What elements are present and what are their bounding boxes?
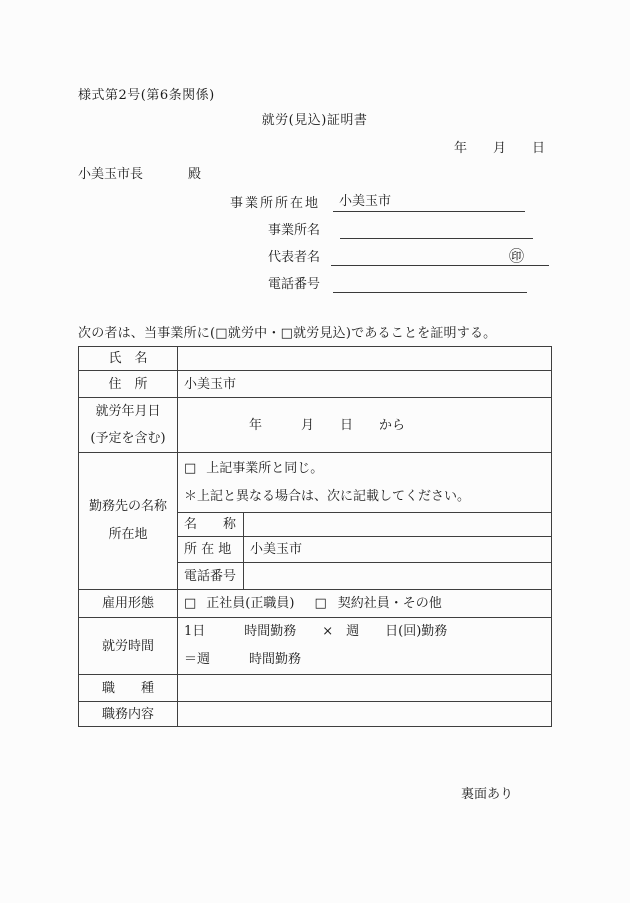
work-hours-line1: 1日 時間勤務 × 週 日(回)勤務 (184, 618, 545, 646)
document-page: 様式第2号(第6条関係) 就労(見込)証明書 年 月 日 小美玉市長殿 事業所所… (0, 0, 630, 903)
sub-name-value (244, 513, 552, 537)
business-address-value: 小美玉市 (333, 195, 391, 208)
business-name-label: 事業所名 (78, 224, 320, 237)
work-hours-line2: ＝週 時間勤務 (184, 646, 545, 674)
checkbox-expected-working-icon[interactable]: □ (281, 327, 293, 340)
field-row-representative: 代表者名 ㊞ (0, 251, 630, 271)
phone-label: 電話番号 (78, 278, 320, 291)
certify-prefix: 次の者は、当事業所に( (78, 326, 215, 341)
start-date-row-label: 就労年月日 (予定を含む) (79, 398, 178, 453)
workplace-same-line: □上記事業所と同じ。 (184, 455, 545, 483)
name-row-label: 氏 名 (79, 347, 178, 371)
workplace-row-label: 勤務先の名称 所在地 (79, 453, 178, 590)
checkbox-contract-icon[interactable]: □ (314, 597, 326, 610)
business-address-label: 事業所所在地 (78, 197, 320, 210)
job-type-value (178, 675, 552, 702)
employment-certificate-table: 氏 名 住 所 小美玉市 就労年月日 (予定を含む) 年 月 日 から 勤務先の… (78, 346, 552, 727)
business-name-underline (340, 222, 533, 239)
sub-address-value: 小美玉市 (244, 537, 552, 563)
workplace-same-label: 上記事業所と同じ。 (206, 461, 323, 476)
representative-label: 代表者名 (78, 251, 320, 264)
work-hours-cell: 1日 時間勤務 × 週 日(回)勤務 ＝週 時間勤務 (178, 618, 552, 675)
employment-type-options: □正社員(正職員)□契約社員・その他 (178, 590, 552, 618)
checkbox-currently-working-icon[interactable]: □ (215, 327, 227, 340)
table-row: 雇用形態 □正社員(正職員)□契約社員・その他 (79, 590, 552, 618)
certify-sentence: 次の者は、当事業所に(□就労中・□就労見込)であることを証明する。 (78, 327, 496, 340)
form-number: 様式第2号(第6条関係) (78, 89, 215, 102)
checkbox-fulltime-icon[interactable]: □ (184, 597, 196, 610)
start-date-label-line1: 就労年月日 (85, 398, 171, 425)
sub-name-label: 名 称 (178, 513, 244, 537)
table-row: 職務内容 (79, 702, 552, 727)
back-side-note: 裏面あり (461, 788, 513, 801)
checkbox-same-as-above-icon[interactable]: □ (184, 455, 196, 483)
addressee-name: 小美玉市長 (78, 167, 143, 182)
seal-stamp-icon: ㊞ (509, 249, 524, 264)
certify-separator: ・ (267, 326, 280, 341)
name-row-value (178, 347, 552, 371)
representative-underline: ㊞ (331, 249, 549, 266)
workplace-label-line1: 勤務先の名称 (85, 493, 171, 521)
page-title: 就労(見込)証明書 (78, 114, 551, 127)
address-row-label: 住 所 (79, 371, 178, 398)
field-row-business-name: 事業所名 (0, 224, 630, 244)
field-row-phone: 電話番号 (0, 278, 630, 298)
table-row: 氏 名 (79, 347, 552, 371)
sub-phone-value (244, 563, 552, 590)
field-row-business-address: 事業所所在地 小美玉市 (0, 197, 630, 217)
table-row: 就労時間 1日 時間勤務 × 週 日(回)勤務 ＝週 時間勤務 (79, 618, 552, 675)
work-hours-label: 就労時間 (79, 618, 178, 675)
start-date-row-value: 年 月 日 から (178, 398, 552, 453)
address-row-value: 小美玉市 (178, 371, 552, 398)
sub-phone-label: 電話番号 (178, 563, 244, 590)
sub-address-label: 所 在 地 (178, 537, 244, 563)
table-row: 勤務先の名称 所在地 □上記事業所と同じ。 ＊上記と異なる場合は、次に記載してく… (79, 453, 552, 513)
workplace-note-line: ＊上記と異なる場合は、次に記載してください。 (184, 483, 545, 511)
employment-option-fulltime: 正社員(正職員) (206, 596, 294, 611)
certify-option-working: 就労中 (228, 326, 268, 341)
duty-label: 職務内容 (79, 702, 178, 727)
business-address-underline: 小美玉市 (333, 195, 525, 212)
addressee-honorific: 殿 (188, 167, 201, 182)
workplace-label-line2: 所在地 (85, 521, 171, 549)
job-type-label: 職 種 (79, 675, 178, 702)
certify-option-expected: 就労見込 (293, 326, 346, 341)
duty-value (178, 702, 552, 727)
date-line: 年 月 日 (78, 142, 545, 155)
addressee-line: 小美玉市長殿 (78, 168, 201, 181)
workplace-options-cell: □上記事業所と同じ。 ＊上記と異なる場合は、次に記載してください。 (178, 453, 552, 513)
employment-type-label: 雇用形態 (79, 590, 178, 618)
employment-option-contract: 契約社員・その他 (338, 596, 442, 611)
table-row: 職 種 (79, 675, 552, 702)
table-row: 住 所 小美玉市 (79, 371, 552, 398)
table-row: 就労年月日 (予定を含む) 年 月 日 から (79, 398, 552, 453)
certify-suffix: )であることを証明する。 (346, 326, 496, 341)
start-date-label-line2: (予定を含む) (85, 425, 171, 452)
phone-underline (333, 276, 527, 293)
